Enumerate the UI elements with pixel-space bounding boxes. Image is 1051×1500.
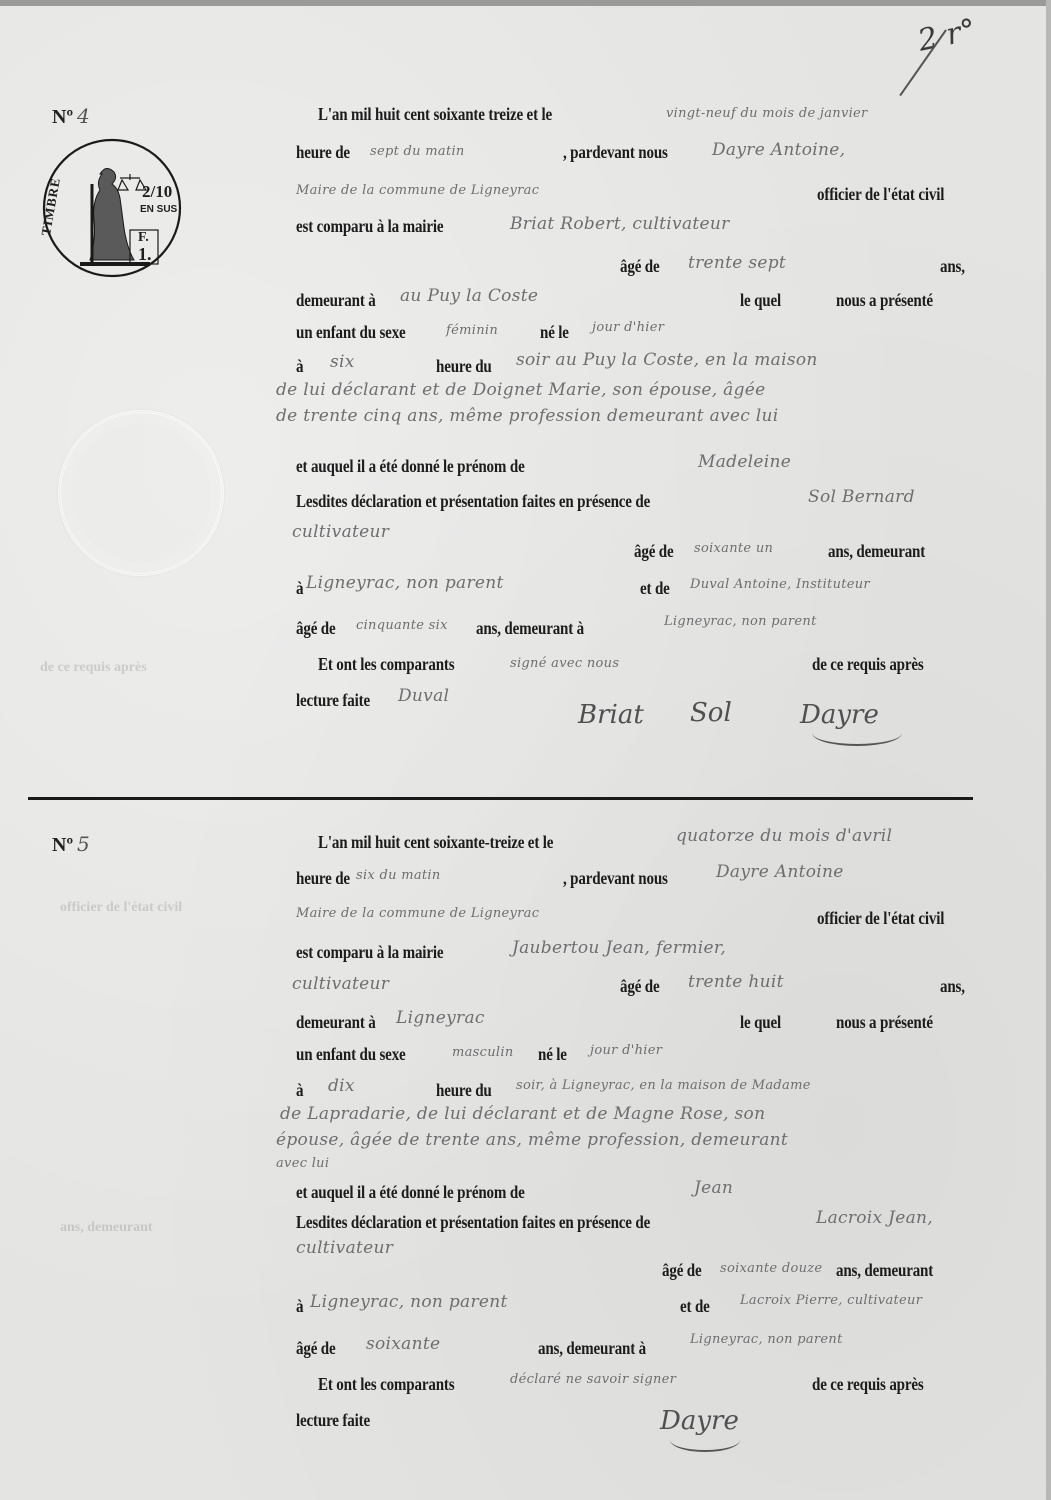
declarant-residence: au Puy la Coste (400, 286, 538, 306)
child-sex: féminin (446, 323, 498, 338)
form-text: Lesdites déclaration et présentation fai… (296, 1212, 650, 1233)
stamp-en-sus: EN SUS (140, 204, 177, 215)
form-text: , pardevant nous (563, 868, 668, 889)
form-text: de ce requis après (812, 1374, 924, 1395)
form-text: Et ont les comparants (318, 1374, 454, 1395)
form-text: et auquel il a été donné le prénom de (296, 1182, 525, 1203)
form-text: demeurant à (296, 1012, 376, 1033)
form-text: L'an mil huit cent soixante treize et le (318, 104, 552, 125)
signature-witness: Sol (690, 698, 732, 728)
form-text: officier de l'état civil (817, 184, 944, 205)
declarant-profession: cultivateur (292, 974, 389, 994)
witness-1-age: soixante douze (720, 1261, 822, 1276)
witness-1-name: Sol Bernard (808, 487, 915, 507)
revenue-stamp: TIMBRE 2/10 EN SUS F. 1. (42, 134, 182, 282)
hour-handwritten: six du matin (356, 868, 441, 883)
form-text: âgé de (620, 976, 660, 997)
stamp-tax: 2/10 (142, 182, 172, 202)
form-text: âgé de (634, 541, 674, 562)
mayor-paraph (670, 1428, 740, 1452)
form-text: et de (640, 578, 670, 599)
entry-number-value: 5 (77, 832, 90, 856)
child-given-name: Madeleine (698, 452, 791, 472)
form-text: est comparu à la mairie (296, 942, 443, 963)
form-text: né le (538, 1044, 567, 1065)
form-text: ans, (940, 256, 965, 277)
form-text: ans, demeurant (828, 541, 925, 562)
form-text: Lesdites déclaration et présentation fai… (296, 491, 650, 512)
page-right-edge (1046, 0, 1051, 1500)
form-text: âgé de (662, 1260, 702, 1281)
form-text: lecture faite (296, 690, 370, 711)
form-text: ans, (940, 976, 965, 997)
form-text: âgé de (620, 256, 660, 277)
form-text: nous a présenté (836, 290, 933, 311)
form-text: , pardevant nous (563, 142, 668, 163)
mayor-paraph (812, 720, 902, 746)
date-handwritten: vingt-neuf du mois de janvier (666, 106, 868, 121)
birth-hour: dix (328, 1076, 355, 1096)
entry-number: Nº4 (52, 104, 90, 129)
form-text: le quel (740, 290, 781, 311)
form-text: nous a présenté (836, 1012, 933, 1033)
form-text: le quel (740, 1012, 781, 1033)
form-text: officier de l'état civil (817, 908, 944, 929)
form-text: est comparu à la mairie (296, 216, 443, 237)
witness-1-profession: cultivateur (292, 522, 389, 542)
form-text: heure de (296, 868, 350, 889)
form-text: un enfant du sexe (296, 1044, 406, 1065)
witness-2-age: cinquante six (356, 618, 448, 633)
birth-details: de lui déclarant et de Doignet Marie, so… (276, 380, 765, 400)
stamp-value: 1. (138, 244, 152, 265)
signature-statement: déclaré ne savoir signer (510, 1372, 676, 1387)
date-handwritten: quatorze du mois d'avril (676, 826, 892, 846)
form-text: à (296, 578, 303, 599)
birth-details: de Lapradarie, de lui déclarant et de Ma… (280, 1104, 765, 1124)
declarant-name: Briat Robert, cultivateur (510, 214, 730, 234)
birth-hour: six (330, 352, 355, 372)
form-text: de ce requis après (812, 654, 924, 675)
form-text: Et ont les comparants (318, 654, 454, 675)
child-given-name: Jean (694, 1178, 733, 1198)
folio-number: 2 r° (915, 12, 979, 58)
form-text: né le (540, 322, 569, 343)
mayor-title: Maire de la commune de Ligneyrac (296, 906, 539, 921)
witness-2-age: soixante (366, 1334, 440, 1354)
mayor-name: Dayre Antoine (716, 862, 844, 882)
form-text: lecture faite (296, 1410, 370, 1431)
form-text: ans, demeurant à (538, 1338, 646, 1359)
hour-handwritten: sept du matin (370, 144, 465, 159)
form-text: un enfant du sexe (296, 322, 406, 343)
witness-signature: Duval (398, 686, 449, 706)
declarant-residence: Ligneyrac (396, 1008, 485, 1028)
form-text: à (296, 1296, 303, 1317)
birth-details: de trente cinq ans, même profession deme… (276, 406, 779, 426)
signature-declarant: Briat (578, 700, 644, 730)
form-text: L'an mil huit cent soixante-treize et le (318, 832, 553, 853)
bleed-through-text: ans, demeurant (60, 1220, 153, 1236)
entry-number-label: Nº (52, 106, 73, 128)
declarant-age: trente sept (688, 253, 786, 273)
entry-separator-rule (28, 797, 973, 800)
form-text: âgé de (296, 618, 336, 639)
mayor-name: Dayre Antoine, (712, 140, 845, 160)
birth-place: soir, à Ligneyrac, en la maison de Madam… (516, 1078, 811, 1093)
birth-place: soir au Puy la Coste, en la maison (516, 350, 818, 370)
birth-details: avec lui (276, 1156, 329, 1171)
witness-1-age: soixante un (694, 541, 773, 556)
birth-details: épouse, âgée de trente ans, même profess… (276, 1130, 788, 1150)
mayor-title: Maire de la commune de Ligneyrac (296, 183, 539, 198)
declarant-name: Jaubertou Jean, fermier, (512, 938, 726, 958)
birth-date: jour d'hier (590, 1043, 662, 1058)
form-text: heure du (436, 356, 492, 377)
form-text: ans, demeurant (836, 1260, 933, 1281)
page-top-edge (0, 0, 1051, 6)
entry-number-value: 4 (77, 104, 90, 128)
bleed-through-text: officier de l'état civil (60, 900, 182, 916)
child-sex: masculin (452, 1045, 514, 1060)
entry-number-label: Nº (52, 834, 73, 856)
witness-2-name: Duval Antoine, Instituteur (690, 577, 870, 592)
witness-1-profession: cultivateur (296, 1238, 393, 1258)
form-text: heure de (296, 142, 350, 163)
form-text: âgé de (296, 1338, 336, 1359)
bleed-through-text: de ce requis après (40, 660, 147, 676)
witness-1-residence: Ligneyrac, non parent (306, 573, 504, 593)
form-text: et de (680, 1296, 710, 1317)
birth-date: jour d'hier (592, 320, 664, 335)
form-text: heure du (436, 1080, 492, 1101)
signature-statement: signé avec nous (510, 656, 619, 671)
witness-2-residence: Ligneyrac, non parent (690, 1332, 843, 1347)
form-text: à (296, 356, 303, 377)
declarant-age: trente huit (688, 972, 784, 992)
form-text: ans, demeurant à (476, 618, 584, 639)
embossed-seal (58, 410, 224, 576)
witness-1-name: Lacroix Jean, (816, 1208, 933, 1228)
form-text: demeurant à (296, 290, 376, 311)
witness-2-name: Lacroix Pierre, cultivateur (740, 1293, 922, 1308)
form-text: et auquel il a été donné le prénom de (296, 456, 525, 477)
witness-1-residence: Ligneyrac, non parent (310, 1292, 508, 1312)
witness-2-residence: Ligneyrac, non parent (664, 614, 817, 629)
form-text: à (296, 1080, 303, 1101)
entry-number: Nº5 (52, 832, 90, 857)
